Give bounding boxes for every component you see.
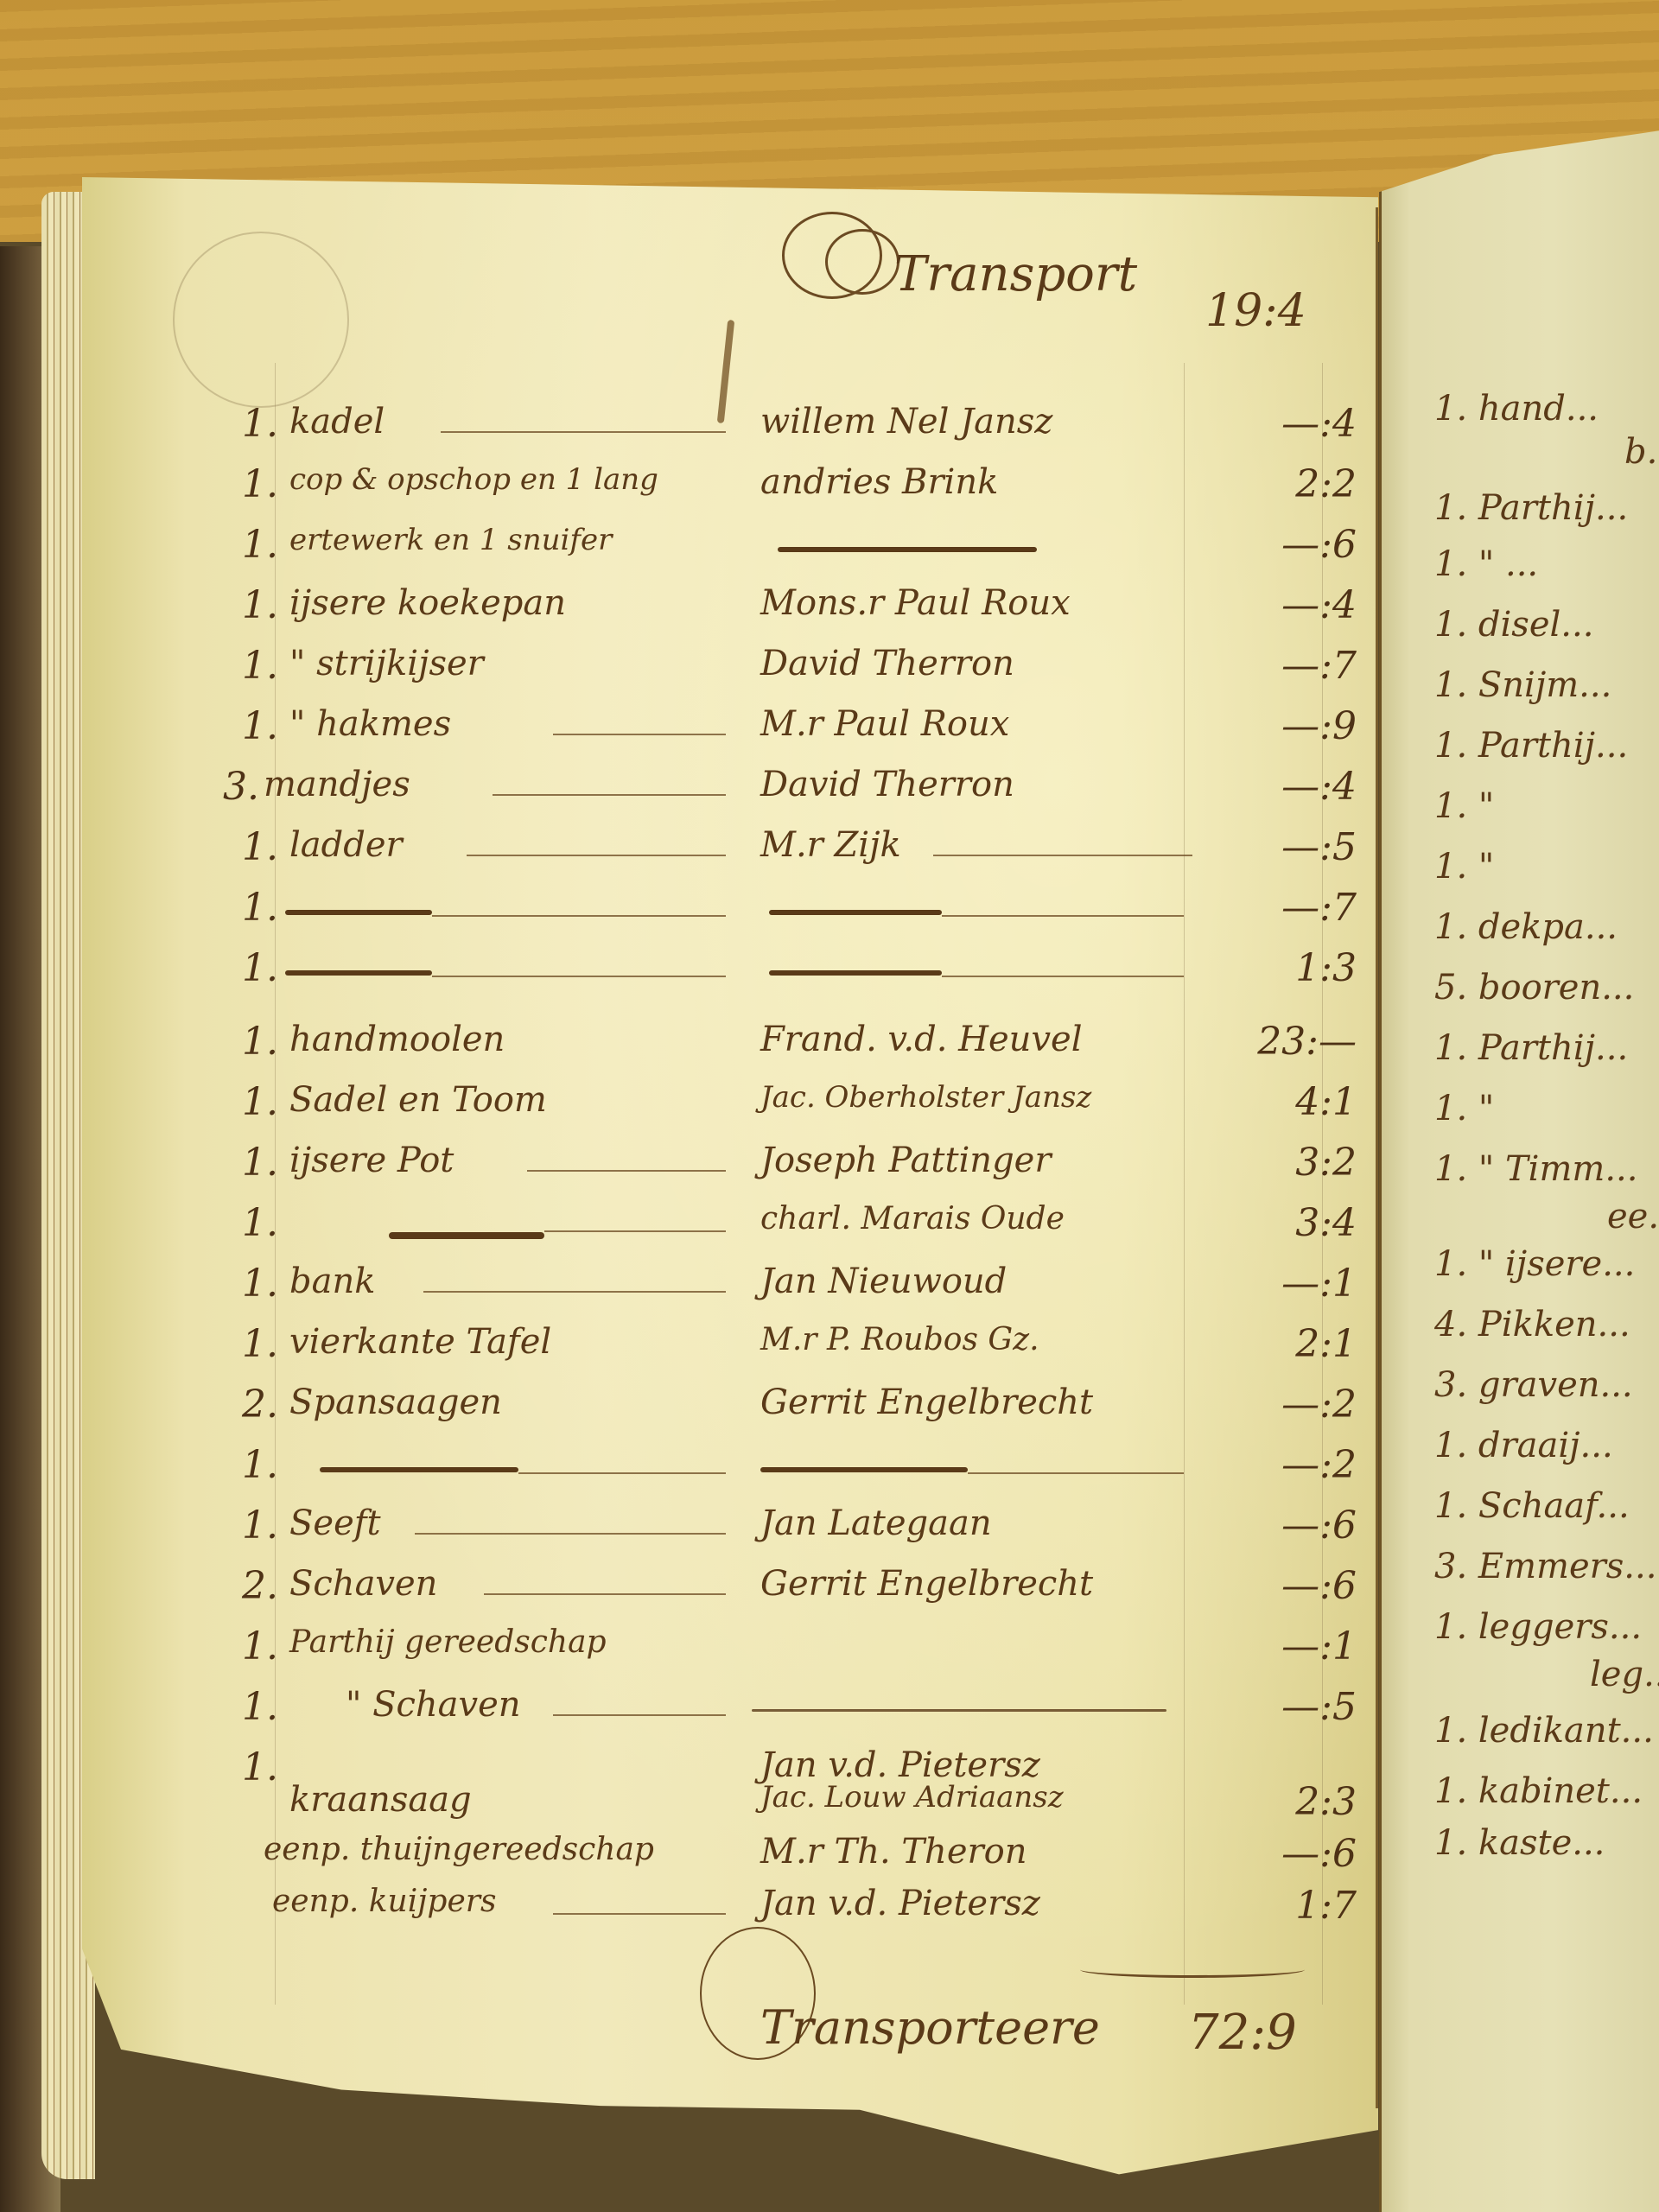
ditto-dash (778, 547, 1037, 552)
right-entry: 5. booren... (1434, 968, 1634, 1007)
entry-buyer: M.r Zijk (760, 825, 901, 865)
entry-qty: 1. (1434, 1028, 1467, 1068)
entry-item: ee... (1607, 1197, 1659, 1236)
right-entry: 1. hand... (1434, 389, 1599, 429)
ledger-row: 1. Sadel en Toom Jac. Oberholster Jansz … (0, 1080, 1659, 1132)
entry-qty: 1. (1434, 488, 1467, 528)
entry-item: hand... (1478, 389, 1599, 429)
ledger-row: 1. Seeft Jan Lategaan —:6 (0, 1503, 1659, 1555)
ledger-row: 1. —:7 (0, 886, 1659, 938)
entry-amount: 3:4 (1227, 1201, 1357, 1245)
entry-qty: 1. (1434, 1089, 1467, 1128)
entry-buyer: Gerrit Engelbrecht (760, 1382, 1093, 1422)
entry-qty: 1. (1434, 1149, 1467, 1189)
ledger-row: 3. mandjes David Therron —:4 (0, 765, 1659, 817)
entry-qty: 1. (242, 1020, 278, 1064)
entry-amount: —:4 (1227, 765, 1357, 809)
entry-item: bank (289, 1262, 375, 1301)
ledger-row: 1. bank Jan Nieuwoud —:1 (0, 1262, 1659, 1313)
entry-qty: 1. (1434, 605, 1467, 645)
right-entry: 1. Parthij... (1434, 726, 1628, 766)
ledger-row: 1. kadel willem Nel Jansz —:4 (0, 402, 1659, 454)
ledger-row: 1. vierkante Tafel M.r P. Roubos Gz. 2:1 (0, 1322, 1659, 1374)
entry-item: " (1478, 786, 1494, 826)
ledger-row: 1. ijsere Pot Joseph Pattinger 3:2 (0, 1141, 1659, 1192)
entry-qty: 1. (242, 523, 278, 567)
entry-amount: 2:2 (1227, 462, 1357, 506)
entry-qty: 1. (242, 1322, 278, 1366)
right-entry: 1. Parthij... (1434, 1028, 1628, 1068)
entry-qty: 1. (242, 704, 278, 748)
entry-item: kadel (289, 402, 385, 442)
entry-item: ijsere koekepan (289, 583, 566, 623)
entry-amount: 1:7 (1227, 1884, 1357, 1928)
entry-item: cop & opschop en 1 lang (289, 462, 658, 497)
leader-line (423, 1291, 726, 1293)
entry-item: " ... (1478, 544, 1538, 584)
leader-line (942, 976, 1184, 977)
entry-qty: 1. (1434, 847, 1467, 887)
entry-amount: 2:1 (1227, 1322, 1357, 1366)
embossed-stamp (173, 232, 349, 408)
entry-buyer: David Therron (760, 765, 1014, 804)
entry-amount: —:5 (1227, 825, 1357, 869)
entry-qty: 1. (1434, 907, 1467, 947)
right-entry: 3. graven... (1434, 1365, 1633, 1405)
entry-amount: 3:2 (1227, 1141, 1357, 1185)
entry-qty: 1. (1434, 544, 1467, 584)
entry-amount: —:6 (1227, 1832, 1357, 1876)
leader-line (544, 1230, 726, 1232)
ditto-dash (285, 970, 432, 976)
leader-line (527, 1170, 726, 1172)
entry-qty: 1. (242, 886, 278, 930)
leader-line (432, 976, 726, 977)
entry-item: booren... (1478, 968, 1634, 1007)
entry-buyer: charl. Marais Oude (760, 1201, 1065, 1236)
right-entry: 1. " ... (1434, 544, 1538, 584)
entry-qty: 1. (242, 402, 278, 446)
right-entry: 1. ledikant... (1434, 1711, 1654, 1751)
entry-buyer: Gerrit Engelbrecht (760, 1564, 1093, 1604)
leader-line (493, 794, 726, 796)
right-entry: 1. Schaaf... (1434, 1486, 1630, 1526)
entry-amount: 1:3 (1227, 946, 1357, 990)
entry-item: Seeft (289, 1503, 381, 1543)
entry-item: graven... (1478, 1365, 1633, 1405)
entry-item: eenp. thuijngereedschap (264, 1832, 654, 1867)
leader-line (432, 915, 726, 917)
entry-item: Emmers... (1478, 1547, 1657, 1586)
entry-qty: 1. (242, 1141, 278, 1185)
entry-item: " (1478, 1089, 1494, 1128)
entry-amount: —:6 (1227, 1564, 1357, 1608)
leader-line (553, 1714, 726, 1716)
entry-item: ledikant... (1478, 1711, 1654, 1751)
ledger-row: 1. ertewerk en 1 snuifer —:6 (0, 523, 1659, 575)
entry-item: disel... (1478, 605, 1594, 645)
entry-item: " Schaven (346, 1685, 521, 1725)
ledger-row: 1. charl. Marais Oude 3:4 (0, 1201, 1659, 1253)
right-entry: 1. dekpa... (1434, 907, 1618, 947)
entry-amount: —:2 (1227, 1382, 1357, 1427)
entry-item: kraansaag (289, 1780, 472, 1820)
ditto-dash (389, 1232, 544, 1239)
entry-item: handmoolen (289, 1020, 505, 1059)
leader-line (467, 855, 726, 856)
entry-amount: 2:3 (1227, 1780, 1357, 1824)
header-flourish-icon (825, 229, 899, 295)
entry-item: " strijkijser (289, 644, 484, 683)
entry-qty: 2. (242, 1564, 278, 1608)
entry-item: vierkante Tafel (289, 1322, 551, 1362)
right-entry: 1. " ijsere... (1434, 1244, 1635, 1284)
entry-buyer: willem Nel Jansz (760, 402, 1052, 442)
ledger-row: 1. ladder M.r Zijk —:5 (0, 825, 1659, 877)
entry-item: Parthij... (1478, 1028, 1628, 1068)
entry-item: leg... (1590, 1655, 1659, 1694)
entry-qty: 1. (1434, 1244, 1467, 1284)
entry-qty: 3. (1434, 1547, 1467, 1586)
entry-item: kabinet... (1478, 1771, 1643, 1811)
entry-amount: —:4 (1227, 402, 1357, 446)
leader-line (553, 1913, 726, 1915)
entry-buyer: M.r Th. Theron (760, 1832, 1027, 1872)
entry-item: " Timm... (1478, 1149, 1638, 1189)
right-entry: 1. " Timm... (1434, 1149, 1637, 1189)
ledger-row: 1. ijsere koekepan Mons.r Paul Roux —:4 (0, 583, 1659, 635)
entry-qty: 1. (1434, 1426, 1467, 1465)
leader-line (441, 431, 726, 433)
entry-qty: 1. (1434, 1711, 1467, 1751)
ditto-dash (752, 1709, 1166, 1712)
entry-qty: 1. (242, 1080, 278, 1124)
ledger-row: kraansaag Jac. Louw Adriaansz 2:3 (0, 1780, 1659, 1832)
entry-amount: —:7 (1227, 886, 1357, 930)
ditto-dash (769, 910, 942, 915)
entry-item: Snijm... (1478, 665, 1611, 705)
entry-buyer: Jac. Louw Adriaansz (760, 1780, 1064, 1815)
entry-item: " ijsere... (1478, 1244, 1635, 1284)
entry-buyer: Jan Nieuwoud (760, 1262, 1007, 1301)
entry-buyer: Frand. v.d. Heuvel (760, 1020, 1083, 1059)
entry-qty: 1. (242, 644, 278, 688)
entry-qty: 5. (1434, 968, 1467, 1007)
ditto-dash (760, 1467, 968, 1472)
entry-qty: 1. (242, 1262, 278, 1306)
leader-line (518, 1472, 726, 1474)
entry-qty: 1. (242, 825, 278, 869)
entry-qty: 1. (242, 1443, 278, 1487)
entry-item: mandjes (264, 765, 410, 804)
right-entry: 1. leggers... (1434, 1607, 1642, 1647)
entry-qty: 1. (242, 583, 278, 627)
entry-item: Sadel en Toom (289, 1080, 547, 1120)
entry-qty: 4. (1434, 1305, 1467, 1344)
entry-item: Schaaf... (1478, 1486, 1630, 1526)
entry-amount: —:5 (1227, 1685, 1357, 1729)
entry-qty: 1. (1434, 1486, 1467, 1526)
right-entry: 1. " (1434, 847, 1494, 887)
leader-line (553, 734, 726, 735)
entry-qty: 1. (1434, 1771, 1467, 1811)
ledger-row: 1. " Schaven —:5 (0, 1685, 1659, 1737)
entry-amount: —:1 (1227, 1262, 1357, 1306)
ledger-row: 1. " hakmes M.r Paul Roux —:9 (0, 704, 1659, 756)
ditto-dash (769, 970, 942, 976)
entry-item: " hakmes (289, 704, 451, 744)
entry-item: Spansaagen (289, 1382, 502, 1422)
entry-item: b... (1624, 432, 1659, 472)
right-entry: 4. Pikken... (1434, 1305, 1630, 1344)
entry-amount: 4:1 (1227, 1080, 1357, 1124)
ledger-row: eenp. kuijpers Jan v.d. Pietersz 1:7 (0, 1884, 1659, 1935)
entry-item: Pikken... (1478, 1305, 1630, 1344)
entry-item: ladder (289, 825, 403, 865)
entry-item: eenp. kuijpers (272, 1884, 496, 1919)
ledger-row: 2. Spansaagen Gerrit Engelbrecht —:2 (0, 1382, 1659, 1434)
entry-qty: 1. (1434, 665, 1467, 705)
entry-buyer: David Therron (760, 644, 1014, 683)
entry-item: dekpa... (1478, 907, 1618, 947)
right-entry: 1. Snijm... (1434, 665, 1611, 705)
entry-item: draaij... (1478, 1426, 1613, 1465)
entry-buyer: Jan Lategaan (760, 1503, 992, 1543)
ledger-row: 1. —:2 (0, 1443, 1659, 1495)
right-entry: 1. disel... (1434, 605, 1593, 645)
ditto-dash (320, 1467, 518, 1472)
transporteere-label: Transporteere (760, 2000, 1100, 2055)
entry-item: Parthij... (1478, 726, 1628, 766)
ledger-row: eenp. thuijngereedschap M.r Th. Theron —… (0, 1832, 1659, 1884)
entry-qty: 1. (1434, 786, 1467, 826)
ledger-row: 1. cop & opschop en 1 lang andries Brink… (0, 462, 1659, 514)
ledger-row: 1. Parthij gereedschap —:1 (0, 1624, 1659, 1676)
entry-item: Parthij... (1478, 488, 1628, 528)
right-entry: 1. kabinet... (1434, 1771, 1643, 1811)
entry-item: leggers... (1478, 1607, 1642, 1647)
ledger-row: 2. Schaven Gerrit Engelbrecht —:6 (0, 1564, 1659, 1616)
entry-qty: 2. (242, 1382, 278, 1427)
entry-amount: —:6 (1227, 1503, 1357, 1548)
entry-qty: 1. (242, 1503, 278, 1548)
ditto-dash (285, 910, 432, 915)
entry-item: " (1478, 847, 1494, 887)
entry-item: Schaven (289, 1564, 437, 1604)
right-entry: 1. " (1434, 1089, 1494, 1128)
entry-amount: —:2 (1227, 1443, 1357, 1487)
entry-item: ijsere Pot (289, 1141, 454, 1180)
entry-item: kaste... (1478, 1823, 1605, 1863)
entry-buyer: Mons.r Paul Roux (760, 583, 1071, 623)
right-entry: 1. Parthij... (1434, 488, 1628, 528)
entry-qty: 1. (242, 1624, 278, 1669)
entry-qty: 1. (242, 1685, 278, 1729)
leader-line (933, 855, 1192, 856)
entry-amount: —:7 (1227, 644, 1357, 688)
leader-line (968, 1472, 1184, 1474)
entry-qty: 1. (242, 946, 278, 990)
entry-amount: —:6 (1227, 523, 1357, 567)
transport-label: Transport (894, 246, 1137, 302)
right-entry: 1. draaij... (1434, 1426, 1613, 1465)
entry-qty: 3. (1434, 1365, 1467, 1405)
entry-buyer: M.r Paul Roux (760, 704, 1009, 744)
ledger-row: 1. 1:3 (0, 946, 1659, 998)
leader-line (415, 1533, 726, 1535)
entry-qty: 1. (1434, 1823, 1467, 1863)
entry-buyer: andries Brink (760, 462, 998, 502)
leader-line (484, 1593, 726, 1595)
right-entry: 1. " (1434, 786, 1494, 826)
transport-amount: 19:4 (1205, 285, 1306, 337)
entry-buyer: Joseph Pattinger (760, 1141, 1051, 1180)
entry-buyer: Jan v.d. Pietersz (760, 1884, 1040, 1923)
right-entry: leg... (1590, 1655, 1659, 1694)
entry-qty: 1. (1434, 1607, 1467, 1647)
entry-amount: —:4 (1227, 583, 1357, 627)
right-entry: 1. kaste... (1434, 1823, 1605, 1863)
entry-qty: 1. (242, 1201, 278, 1245)
entry-qty: 1. (1434, 389, 1467, 429)
leader-line (942, 915, 1184, 917)
entry-item: ertewerk en 1 snuifer (289, 523, 612, 557)
entry-item: Parthij gereedschap (289, 1624, 607, 1660)
right-entry: 3. Emmers... (1434, 1547, 1656, 1586)
entry-qty: 1. (242, 462, 278, 506)
transporteere-amount: 72:9 (1188, 2005, 1297, 2061)
entry-qty: 3. (223, 765, 259, 809)
right-entry: ee... (1607, 1197, 1659, 1236)
entry-amount: —:9 (1227, 704, 1357, 748)
entry-amount: 23:— (1227, 1020, 1357, 1064)
ledger-row: 1. handmoolen Frand. v.d. Heuvel 23:— (0, 1020, 1659, 1071)
entry-qty: 1. (1434, 726, 1467, 766)
closing-flourish-icon (1080, 1961, 1305, 1978)
entry-buyer: M.r P. Roubos Gz. (760, 1322, 1039, 1357)
right-entry: b... (1624, 432, 1659, 472)
ledger-row: 1. " strijkijser David Therron —:7 (0, 644, 1659, 696)
entry-amount: —:1 (1227, 1624, 1357, 1669)
entry-buyer: Jac. Oberholster Jansz (760, 1080, 1091, 1115)
